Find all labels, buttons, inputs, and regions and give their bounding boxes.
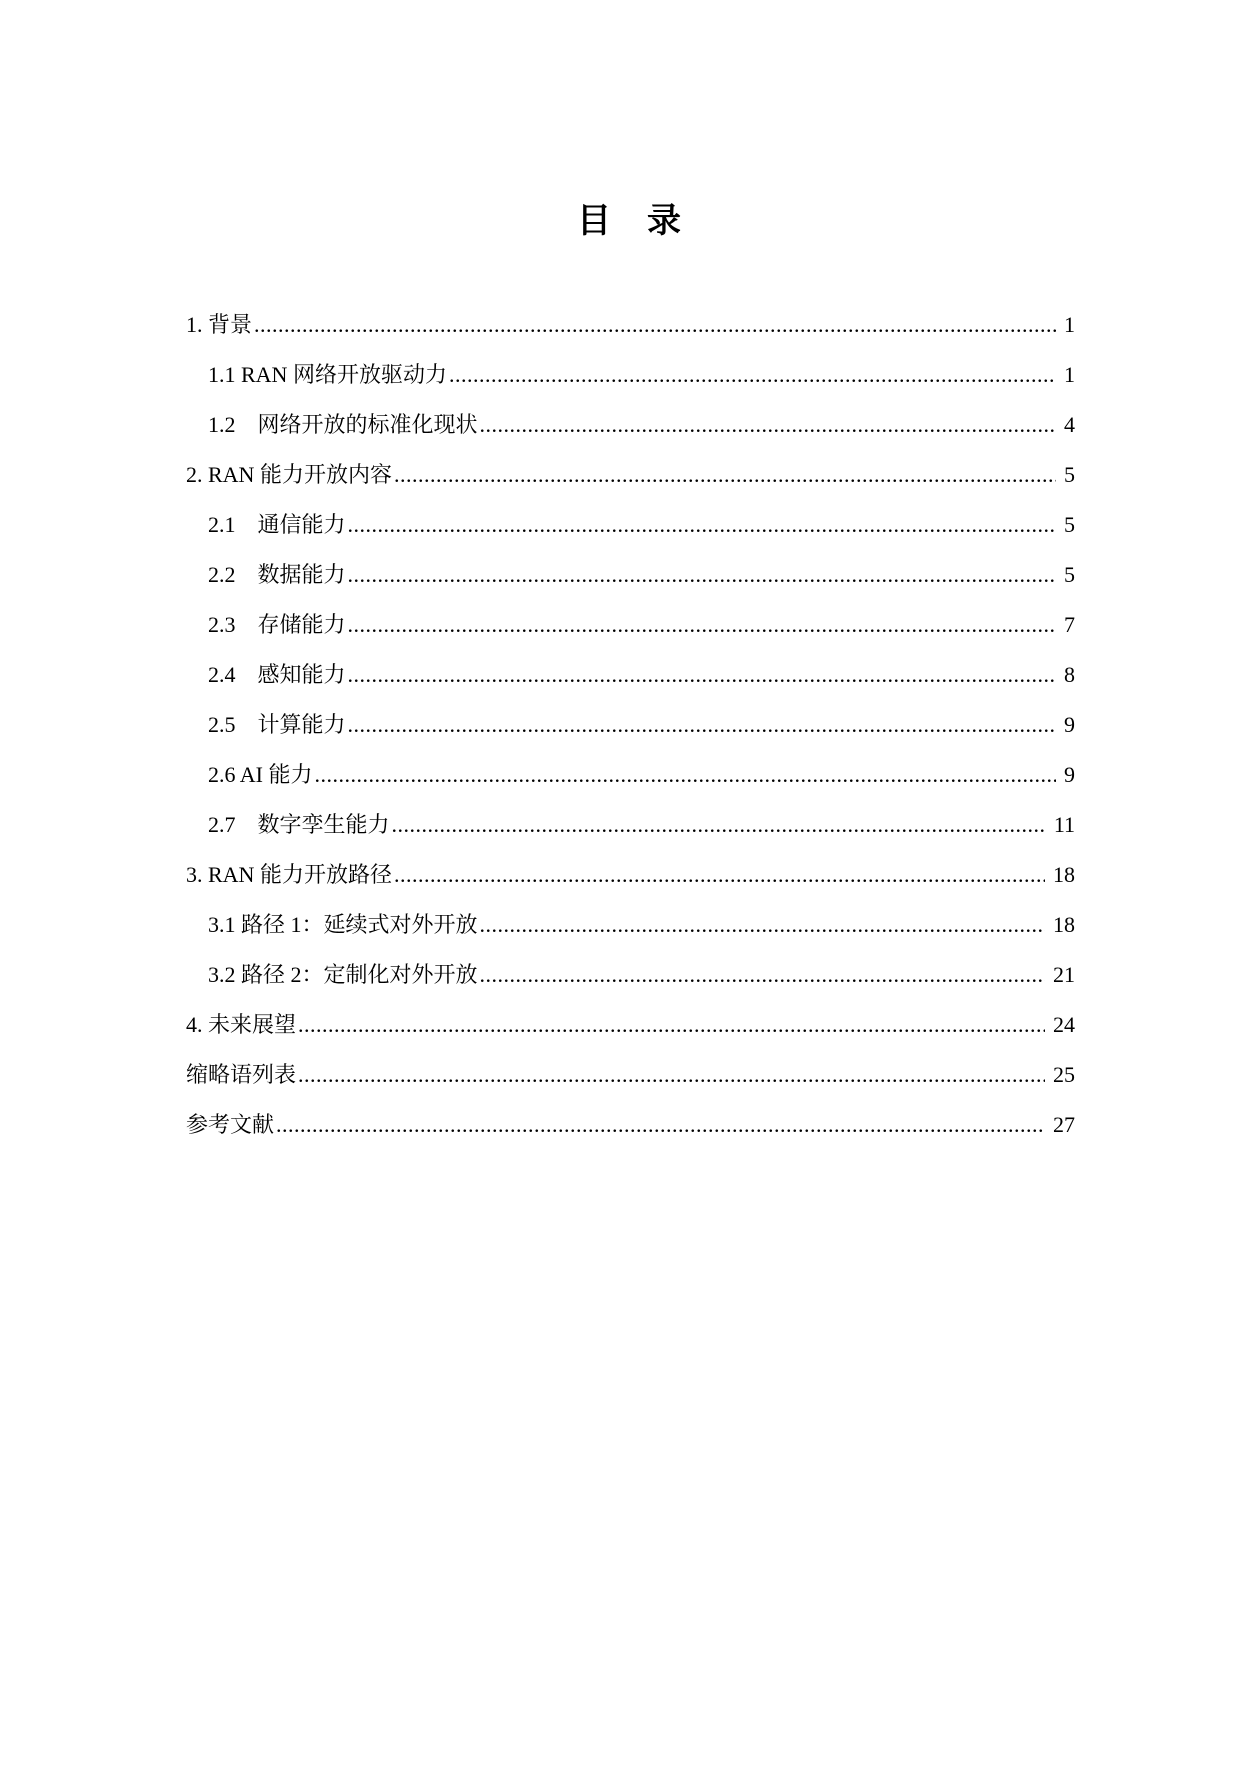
toc-entry-page-number: 1 [1064, 300, 1075, 350]
toc-entry[interactable]: 2.3 存储能力 ...............................… [0, 600, 1259, 650]
toc-entry-label: 3.2 路径 2：定制化对外开放 [208, 950, 478, 1000]
dot-leader: ........................................… [254, 300, 1056, 350]
toc-entry[interactable]: 1. 背景 ..................................… [0, 300, 1259, 350]
toc-entry-label: 2.2 数据能力 [208, 550, 346, 600]
toc-entry-label: 2.1 通信能力 [208, 500, 346, 550]
toc-entry[interactable]: 2.7 数字孪生能力 .............................… [0, 800, 1259, 850]
toc-entry-label: 4. 未来展望 [186, 1000, 296, 1050]
dot-leader: ........................................… [394, 450, 1056, 500]
page-title: 目 录 [0, 201, 1259, 243]
dot-leader: ........................................… [392, 800, 1046, 850]
toc-entry[interactable]: 2. RAN 能力开放内容 ..........................… [0, 450, 1259, 500]
toc-entry-label: 3.1 路径 1：延续式对外开放 [208, 900, 478, 950]
toc-entry[interactable]: 2.4 感知能力 ...............................… [0, 650, 1259, 700]
dot-leader: ........................................… [449, 350, 1056, 400]
dot-leader: ........................................… [348, 500, 1056, 550]
toc-entry-label: 1. 背景 [186, 300, 252, 350]
dot-leader: ........................................… [315, 750, 1056, 800]
toc-entry-page-number: 18 [1053, 900, 1075, 950]
toc-entry-page-number: 5 [1064, 500, 1075, 550]
toc-entry-label: 参考文献 [186, 1100, 274, 1150]
toc-entry-label: 2.6 AI 能力 [208, 750, 313, 800]
toc-entry[interactable]: 1.1 RAN 网络开放驱动力 ........................… [0, 350, 1259, 400]
toc-entry-label: 1.1 RAN 网络开放驱动力 [208, 350, 447, 400]
toc-entry-label: 2.3 存储能力 [208, 600, 346, 650]
toc-entry-label: 2. RAN 能力开放内容 [186, 450, 392, 500]
toc-entry-label: 1.2 网络开放的标准化现状 [208, 400, 478, 450]
toc-entry-page-number: 21 [1053, 950, 1075, 1000]
toc-entry-label: 2.5 计算能力 [208, 700, 346, 750]
toc-entry-page-number: 25 [1053, 1050, 1075, 1100]
dot-leader: ........................................… [480, 900, 1045, 950]
toc-entry-label: 2.4 感知能力 [208, 650, 346, 700]
toc-entry[interactable]: 1.2 网络开放的标准化现状 .........................… [0, 400, 1259, 450]
toc-entry-page-number: 1 [1064, 350, 1075, 400]
dot-leader: ........................................… [348, 700, 1056, 750]
toc-list: 1. 背景 ..................................… [0, 300, 1259, 1150]
dot-leader: ........................................… [276, 1100, 1045, 1150]
toc-entry-page-number: 7 [1064, 600, 1075, 650]
dot-leader: ........................................… [480, 950, 1045, 1000]
toc-entry-label: 2.7 数字孪生能力 [208, 800, 390, 850]
toc-entry-page-number: 5 [1064, 550, 1075, 600]
toc-entry[interactable]: 缩略语列表 ..................................… [0, 1050, 1259, 1100]
toc-entry[interactable]: 参考文献 ...................................… [0, 1100, 1259, 1150]
toc-entry-page-number: 27 [1053, 1100, 1075, 1150]
toc-entry-page-number: 24 [1053, 1000, 1075, 1050]
dot-leader: ........................................… [298, 1000, 1045, 1050]
toc-entry[interactable]: 3. RAN 能力开放路径 ..........................… [0, 850, 1259, 900]
toc-entry-page-number: 8 [1064, 650, 1075, 700]
toc-entry-page-number: 18 [1053, 850, 1075, 900]
toc-entry-page-number: 11 [1054, 800, 1075, 850]
toc-entry[interactable]: 2.2 数据能力 ...............................… [0, 550, 1259, 600]
toc-entry[interactable]: 3.1 路径 1：延续式对外开放 .......................… [0, 900, 1259, 950]
dot-leader: ........................................… [394, 850, 1045, 900]
toc-entry[interactable]: 4. 未来展望 ................................… [0, 1000, 1259, 1050]
toc-entry-label: 3. RAN 能力开放路径 [186, 850, 392, 900]
toc-entry[interactable]: 3.2 路径 2：定制化对外开放 .......................… [0, 950, 1259, 1000]
dot-leader: ........................................… [480, 400, 1056, 450]
toc-entry-label: 缩略语列表 [186, 1050, 296, 1100]
dot-leader: ........................................… [348, 650, 1056, 700]
dot-leader: ........................................… [348, 600, 1056, 650]
toc-entry-page-number: 9 [1064, 750, 1075, 800]
dot-leader: ........................................… [348, 550, 1056, 600]
document-page: 目 录 1. 背景 ..............................… [0, 0, 1259, 1779]
toc-entry-page-number: 9 [1064, 700, 1075, 750]
toc-entry-page-number: 4 [1064, 400, 1075, 450]
toc-entry[interactable]: 2.5 计算能力 ...............................… [0, 700, 1259, 750]
toc-entry[interactable]: 2.6 AI 能力 ..............................… [0, 750, 1259, 800]
toc-entry-page-number: 5 [1064, 450, 1075, 500]
dot-leader: ........................................… [298, 1050, 1045, 1100]
toc-entry[interactable]: 2.1 通信能力 ...............................… [0, 500, 1259, 550]
